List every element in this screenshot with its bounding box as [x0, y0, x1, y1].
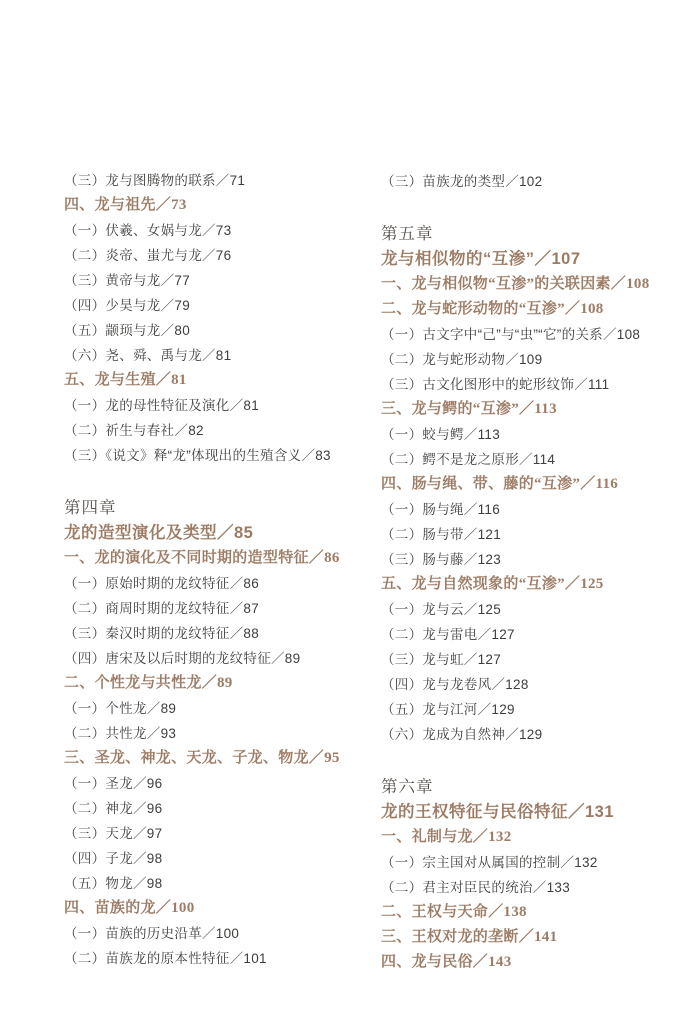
- section-gap: [381, 194, 700, 222]
- toc-entry: （二）龙与雷电／127: [381, 622, 700, 647]
- toc-entry: （二）鳄不是龙之原形／114: [381, 447, 700, 472]
- chapter-title: 龙与相似物的“互渗”／107: [381, 247, 700, 272]
- toc-entry: （一）古文字中“己”与“虫”“它”的关系／108: [381, 322, 700, 347]
- toc-entry: （一）宗主国对从属国的控制／132: [381, 850, 700, 875]
- toc-entry: （一）肠与绳／116: [381, 497, 700, 522]
- toc-section-heading: 四、龙与祖先／73: [64, 193, 384, 218]
- toc-column-left: （三）龙与图腾物的联系／71四、龙与祖先／73（一）伏羲、女娲与龙／73（二）炎…: [64, 168, 384, 971]
- toc-entry: （三）苗族龙的类型／102: [381, 169, 700, 194]
- toc-entry: （五）物龙／98: [64, 871, 384, 896]
- toc-entry: （一）原始时期的龙纹特征／86: [64, 571, 384, 596]
- toc-entry: （二）炎帝、蚩尤与龙／76: [64, 243, 384, 268]
- chapter-title: 龙的造型演化及类型／85: [64, 521, 384, 546]
- toc-entry: （二）商周时期的龙纹特征／87: [64, 596, 384, 621]
- toc-entry: （二）神龙／96: [64, 796, 384, 821]
- chapter-title: 龙的王权特征与民俗特征／131: [381, 800, 700, 825]
- toc-section-heading: 五、龙与自然现象的“互渗”／125: [381, 572, 700, 597]
- toc-column-right: （三）苗族龙的类型／102第五章龙与相似物的“互渗”／107一、龙与相似物“互渗…: [381, 169, 700, 975]
- section-gap: [64, 468, 384, 496]
- toc-entry: （二）肠与带／121: [381, 522, 700, 547]
- toc-section-heading: 四、苗族的龙／100: [64, 896, 384, 921]
- toc-entry: （一）苗族的历史沿革／100: [64, 921, 384, 946]
- toc-entry: （三）龙与图腾物的联系／71: [64, 168, 384, 193]
- toc-section-heading: 二、王权与天命／138: [381, 900, 700, 925]
- toc-entry: （四）唐宋及以后时期的龙纹特征／89: [64, 646, 384, 671]
- toc-entry: （一）龙与云／125: [381, 597, 700, 622]
- toc-entry: （一）蛟与鳄／113: [381, 422, 700, 447]
- toc-entry: （六）尧、舜、禹与龙／81: [64, 343, 384, 368]
- toc-section-heading: 三、圣龙、神龙、天龙、子龙、物龙／95: [64, 746, 384, 771]
- toc-entry: （一）个性龙／89: [64, 696, 384, 721]
- toc-entry: （五）龙与江河／129: [381, 697, 700, 722]
- toc-entry: （五）颛顼与龙／80: [64, 318, 384, 343]
- toc-section-heading: 三、王权对龙的垄断／141: [381, 925, 700, 950]
- toc-entry: （一）伏羲、女娲与龙／73: [64, 218, 384, 243]
- section-gap: [381, 747, 700, 775]
- toc-section-heading: 三、龙与鳄的“互渗”／113: [381, 397, 700, 422]
- toc-entry: （二）祈生与春社／82: [64, 418, 384, 443]
- toc-entry: （四）子龙／98: [64, 846, 384, 871]
- toc-entry: （二）共性龙／93: [64, 721, 384, 746]
- toc-section-heading: 一、龙的演化及不同时期的造型特征／86: [64, 546, 384, 571]
- toc-entry: （四）龙与龙卷风／128: [381, 672, 700, 697]
- toc-section-heading: 四、肠与绳、带、藤的“互渗”／116: [381, 472, 700, 497]
- toc-entry: （六）龙成为自然神／129: [381, 722, 700, 747]
- toc-section-heading: 二、龙与蛇形动物的“互渗”／108: [381, 297, 700, 322]
- toc-entry: （四）少昊与龙／79: [64, 293, 384, 318]
- toc-section-heading: 五、龙与生殖／81: [64, 368, 384, 393]
- toc-section-heading: 二、个性龙与共性龙／89: [64, 671, 384, 696]
- toc-entry: （三）肠与藤／123: [381, 547, 700, 572]
- toc-entry: （二）苗族龙的原本性特征／101: [64, 946, 384, 971]
- toc-entry: （三）黄帝与龙／77: [64, 268, 384, 293]
- toc-entry: （三）古文化图形中的蛇形纹饰／111: [381, 372, 700, 397]
- toc-entry: （三）龙与虹／127: [381, 647, 700, 672]
- toc-section-heading: 四、龙与民俗／143: [381, 950, 700, 975]
- chapter-label: 第五章: [381, 222, 700, 247]
- chapter-label: 第六章: [381, 775, 700, 800]
- toc-entry: （三）秦汉时期的龙纹特征／88: [64, 621, 384, 646]
- toc-entry: （二）君主对臣民的统治／133: [381, 875, 700, 900]
- toc-entry: （一）龙的母性特征及演化／81: [64, 393, 384, 418]
- toc-entry: （二）龙与蛇形动物／109: [381, 347, 700, 372]
- toc-entry: （三）天龙／97: [64, 821, 384, 846]
- toc-entry: （三）《说文》释“龙”体现出的生殖含义／83: [64, 443, 384, 468]
- toc-section-heading: 一、礼制与龙／132: [381, 825, 700, 850]
- toc-section-heading: 一、龙与相似物“互渗”的关联因素／108: [381, 272, 700, 297]
- toc-entry: （一）圣龙／96: [64, 771, 384, 796]
- chapter-label: 第四章: [64, 496, 384, 521]
- toc-page: （三）龙与图腾物的联系／71四、龙与祖先／73（一）伏羲、女娲与龙／73（二）炎…: [0, 0, 700, 1033]
